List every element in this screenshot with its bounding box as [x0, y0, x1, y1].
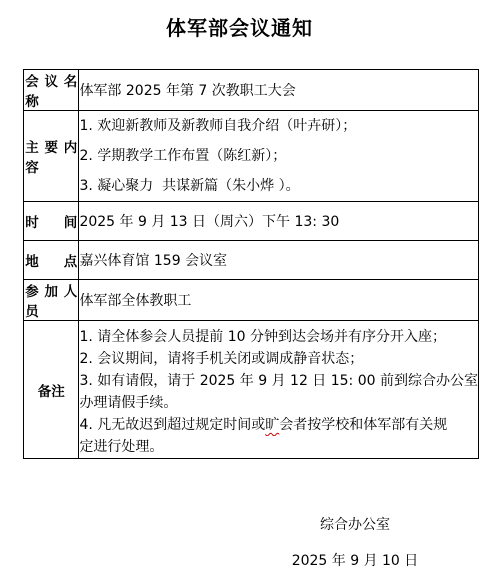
- main-content-line-3: 3. 凝心聚力 共谋新篇（朱小烨 ）。: [79, 171, 478, 201]
- spellcheck-marked-word: 旷: [265, 417, 279, 433]
- table-row-participants: 参加人员 体军部全体教职工: [24, 280, 479, 321]
- table-row-time: 时间 2025 年 9 月 13 日（周六）下午 13: 30: [24, 202, 479, 241]
- page-title: 体军部会议通知: [0, 12, 479, 41]
- label-cell-meeting-name: 会议名称: [24, 70, 79, 111]
- row-label-main-content: 主要内容: [25, 136, 77, 176]
- label-cell-time: 时间: [24, 202, 79, 241]
- value-cell-time: 2025 年 9 月 13 日（周六）下午 13: 30: [79, 202, 479, 241]
- label-cell-main-content: 主要内容: [24, 111, 79, 202]
- row-value-location: 嘉兴体育馆 159 会议室: [79, 250, 478, 270]
- row-value-participants: 体军部全体教职工: [79, 290, 478, 310]
- main-content-line-1: 1. 欢迎新教师及新教师自我介绍（叶卉研）；: [79, 111, 478, 141]
- notes-line-5: 4. 凡无故迟到超过规定时间或旷会者按学校和体军部有关规: [79, 414, 478, 436]
- row-label-time: 时间: [25, 211, 77, 231]
- table-row-location: 地点 嘉兴体育馆 159 会议室: [24, 241, 479, 280]
- notes-line-5-pre: 4. 凡无故迟到超过规定时间或: [79, 417, 265, 433]
- row-label-notes: 备注: [38, 380, 65, 400]
- label-cell-location: 地点: [24, 241, 79, 280]
- notes-line-6: 定进行处理。: [79, 436, 478, 458]
- row-value-time: 2025 年 9 月 13 日（周六）下午 13: 30: [79, 211, 478, 231]
- notes-line-3: 3. 如有请假，请于 2025 年 9 月 12 日 15: 00 前到综合办公…: [79, 370, 478, 392]
- footer-signature-block: 综合办公室 2025 年 9 月 10 日: [288, 514, 422, 570]
- document-page: 体军部会议通知 会议名称 体军部 2025 年第 7 次教职工大会 主要内容 1…: [0, 0, 479, 577]
- footer-date: 2025 年 9 月 10 日: [288, 550, 422, 570]
- footer-signature: 综合办公室: [288, 514, 422, 534]
- row-label-meeting-name: 会议名称: [25, 70, 77, 110]
- label-cell-participants: 参加人员: [24, 280, 79, 321]
- table-row-meeting-name: 会议名称 体军部 2025 年第 7 次教职工大会: [24, 70, 479, 111]
- value-cell-main-content: 1. 欢迎新教师及新教师自我介绍（叶卉研）； 2. 学期教学工作布置（陈红新）；…: [79, 111, 479, 202]
- table-row-notes: 备注 1. 请全体参会人员提前 10 分钟到达会场并有序分开入座； 2. 会议期…: [24, 321, 479, 459]
- value-cell-meeting-name: 体军部 2025 年第 7 次教职工大会: [79, 70, 479, 111]
- meeting-notice-table: 会议名称 体军部 2025 年第 7 次教职工大会 主要内容 1. 欢迎新教师及…: [23, 69, 479, 459]
- value-cell-participants: 体军部全体教职工: [79, 280, 479, 321]
- notes-line-5-post: 会者按学校和体军部有关规: [279, 417, 447, 433]
- value-cell-location: 嘉兴体育馆 159 会议室: [79, 241, 479, 280]
- row-label-location: 地点: [25, 250, 77, 270]
- notes-line-4: 办理请假手续。: [79, 392, 478, 414]
- notes-line-1: 1. 请全体参会人员提前 10 分钟到达会场并有序分开入座；: [79, 326, 478, 348]
- label-cell-notes: 备注: [24, 321, 79, 459]
- value-cell-notes: 1. 请全体参会人员提前 10 分钟到达会场并有序分开入座； 2. 会议期间，请…: [79, 321, 479, 459]
- notes-line-2: 2. 会议期间，请将手机关闭或调成静音状态；: [79, 348, 478, 370]
- table-row-main-content: 主要内容 1. 欢迎新教师及新教师自我介绍（叶卉研）； 2. 学期教学工作布置（…: [24, 111, 479, 202]
- row-value-meeting-name: 体军部 2025 年第 7 次教职工大会: [79, 80, 478, 100]
- main-content-line-2: 2. 学期教学工作布置（陈红新）；: [79, 141, 478, 171]
- row-label-participants: 参加人员: [25, 280, 77, 320]
